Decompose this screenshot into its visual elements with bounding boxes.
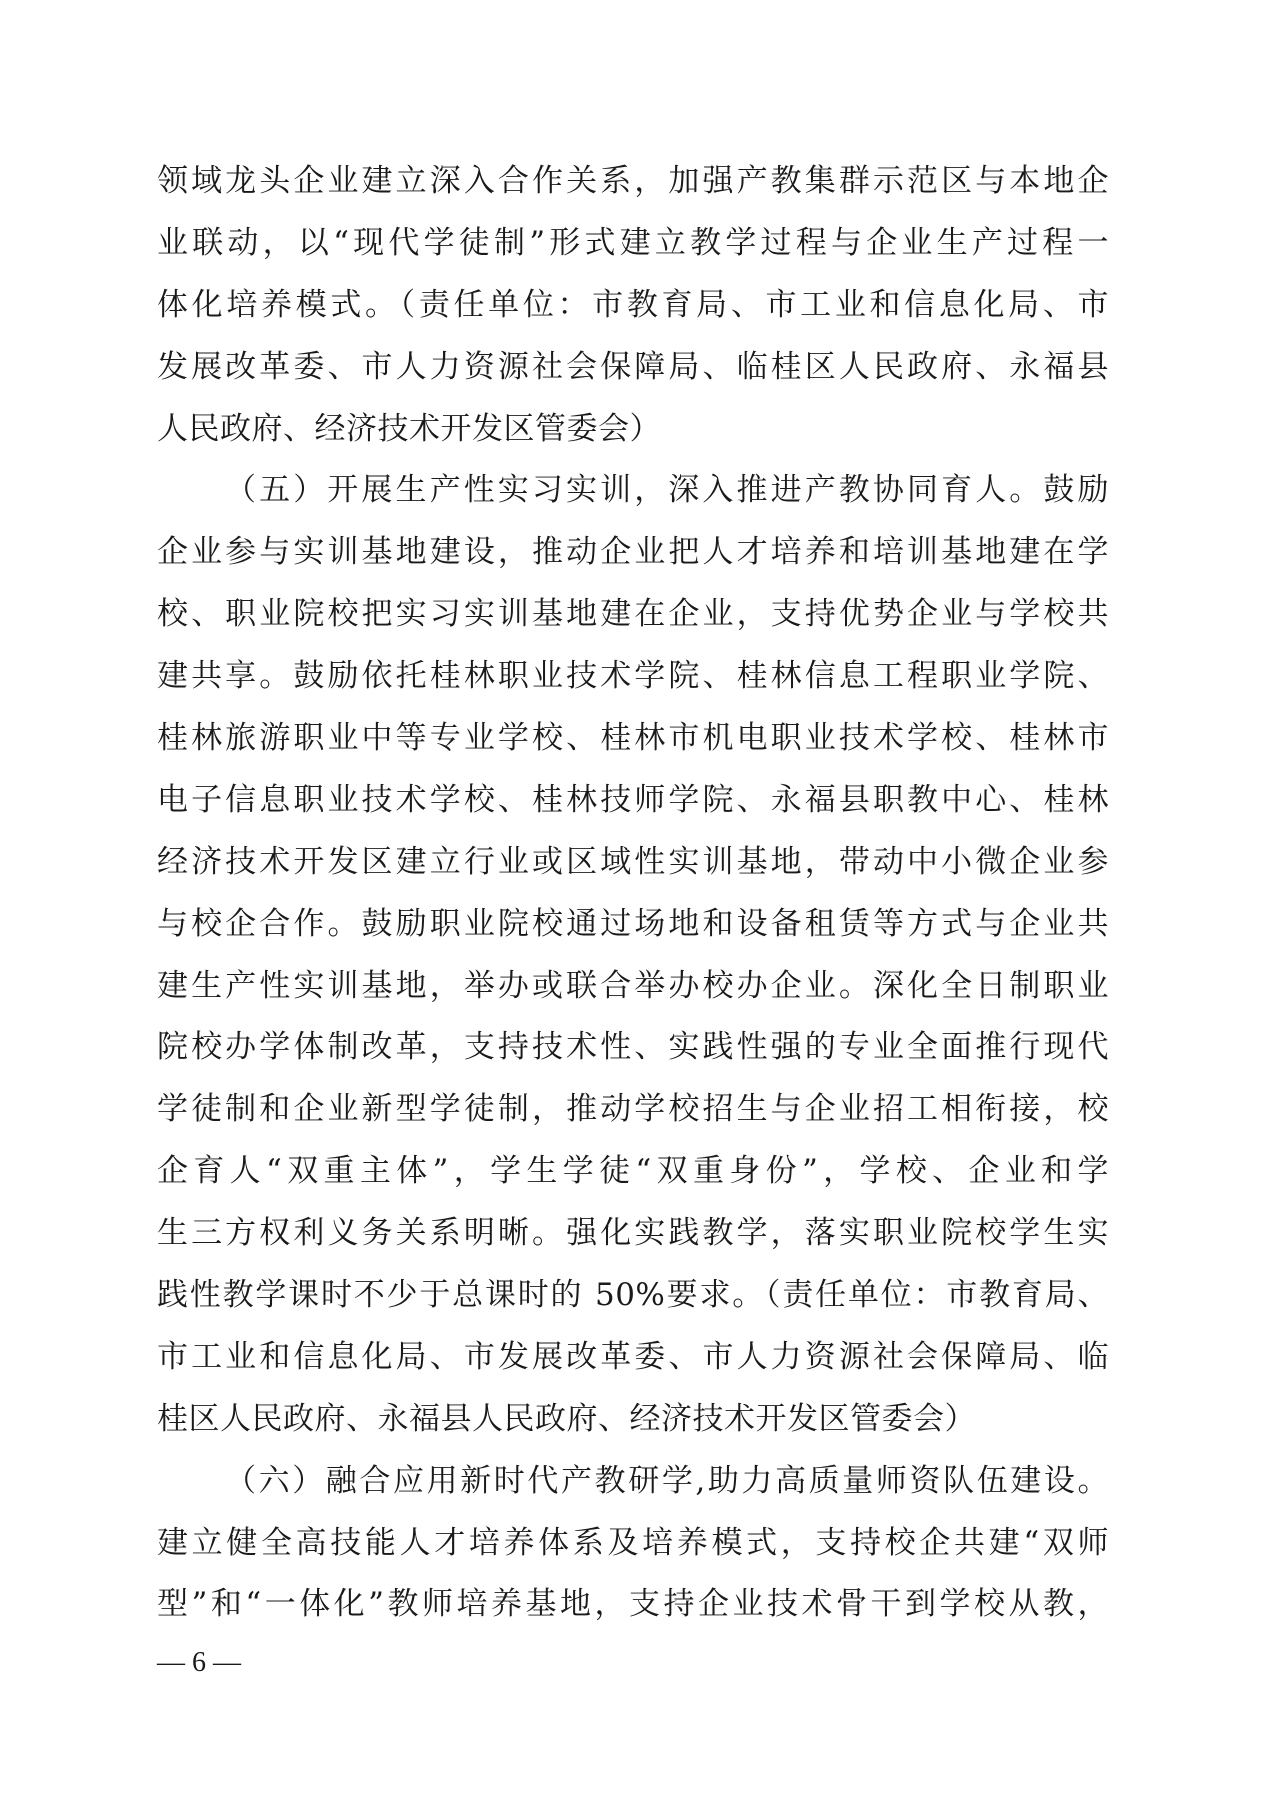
line-text: 建立健全高技能人才培养体系及培养模式，支持校企共建“双师 [157, 1513, 1109, 1575]
text-line: 学徒制和企业新型学徒制，推动学校招生与企业招工相衔接，校 [157, 1079, 1117, 1141]
line-text: 生三方权利义务关系明晰。强化实践教学，落实职业院校学生实 [157, 1203, 1109, 1265]
section-6-heading: （六）融合应用新时代产教研学,助力高质量师资队伍建设。 [225, 1451, 1109, 1513]
text-line: 业联动，以“现代学徒制”形式建立教学过程与企业生产过程一 [157, 213, 1117, 275]
text-line: 校、职业院校把实习实训基地建在企业，支持优势企业与学校共 [157, 584, 1117, 646]
line-text: 校、职业院校把实习实训基地建在企业，支持优势企业与学校共 [157, 584, 1109, 646]
document-page: 领域龙头企业建立深入合作关系，加强产教集群示范区与本地企 业联动，以“现代学徒制… [0, 0, 1269, 1795]
line-text: 建共享。鼓励依托桂林职业技术学院、桂林信息工程职业学院、 [157, 646, 1109, 708]
line-text: 学徒制和企业新型学徒制，推动学校招生与企业招工相衔接，校 [157, 1079, 1109, 1141]
section-heading-line: （五）开展生产性实习实训，深入推进产教协同育人。鼓励 [157, 460, 1117, 522]
text-line: 与校企合作。鼓励职业院校通过场地和设备租赁等方式与企业共 [157, 894, 1117, 956]
text-line: 电子信息职业技术学校、桂林技师学院、永福县职教中心、桂林 [157, 770, 1117, 832]
line-text: 与校企合作。鼓励职业院校通过场地和设备租赁等方式与企业共 [157, 894, 1109, 956]
line-text: 体化培养模式。（责任单位：市教育局、市工业和信息化局、市 [157, 275, 1109, 337]
line-text: 业联动，以“现代学徒制”形式建立教学过程与企业生产过程一 [157, 213, 1109, 275]
text-line: 生三方权利义务关系明晰。强化实践教学，落实职业院校学生实 [157, 1203, 1117, 1265]
section-5-heading: （五）开展生产性实习实训，深入推进产教协同育人。鼓励 [225, 460, 1109, 522]
text-line: 建立健全高技能人才培养体系及培养模式，支持校企共建“双师 [157, 1513, 1117, 1575]
line-text: 践性教学课时不少于总课时的 50%要求。（责任单位：市教育局、 [157, 1265, 1109, 1327]
text-line: 企育人“双重主体”，学生学徒“双重身份”，学校、企业和学 [157, 1141, 1117, 1203]
section-heading-line: （六）融合应用新时代产教研学,助力高质量师资队伍建设。 [157, 1451, 1117, 1513]
line-text: 院校办学体制改革，支持技术性、实践性强的专业全面推行现代 [157, 1017, 1109, 1079]
line-text: 企育人“双重主体”，学生学徒“双重身份”，学校、企业和学 [157, 1141, 1109, 1203]
line-text: 领域龙头企业建立深入合作关系，加强产教集群示范区与本地企 [157, 151, 1109, 213]
line-text: 电子信息职业技术学校、桂林技师学院、永福县职教中心、桂林 [157, 770, 1109, 832]
text-line: 市工业和信息化局、市发展改革委、市人力资源社会保障局、临 [157, 1327, 1117, 1389]
text-line: 桂林旅游职业中等专业学校、桂林市机电职业技术学校、桂林市 [157, 708, 1117, 770]
text-line: 建共享。鼓励依托桂林职业技术学院、桂林信息工程职业学院、 [157, 646, 1117, 708]
text-line: 企业参与实训基地建设，推动企业把人才培养和培训基地建在学 [157, 522, 1117, 584]
line-text: 发展改革委、市人力资源社会保障局、临桂区人民政府、永福县 [157, 337, 1109, 399]
text-line: 桂区人民政府、永福县人民政府、经济技术开发区管委会） [157, 1389, 1117, 1451]
text-line: 人民政府、经济技术开发区管委会） [157, 399, 1117, 461]
text-line: 践性教学课时不少于总课时的 50%要求。（责任单位：市教育局、 [157, 1265, 1117, 1327]
line-text: 型”和“一体化”教师培养基地，支持企业技术骨干到学校从教， [157, 1574, 1109, 1636]
line-text: 桂林旅游职业中等专业学校、桂林市机电职业技术学校、桂林市 [157, 708, 1109, 770]
text-line: 经济技术开发区建立行业或区域性实训基地，带动中小微企业参 [157, 832, 1117, 894]
text-line: 体化培养模式。（责任单位：市教育局、市工业和信息化局、市 [157, 275, 1117, 337]
line-text: 市工业和信息化局、市发展改革委、市人力资源社会保障局、临 [157, 1327, 1109, 1389]
line-text: 建生产性实训基地，举办或联合举办校办企业。深化全日制职业 [157, 956, 1109, 1018]
line-text: 企业参与实训基地建设，推动企业把人才培养和培训基地建在学 [157, 522, 1109, 584]
text-line: 建生产性实训基地，举办或联合举办校办企业。深化全日制职业 [157, 956, 1117, 1018]
document-body: 领域龙头企业建立深入合作关系，加强产教集群示范区与本地企 业联动，以“现代学徒制… [157, 151, 1117, 1636]
text-line: 院校办学体制改革，支持技术性、实践性强的专业全面推行现代 [157, 1017, 1117, 1079]
line-text: 经济技术开发区建立行业或区域性实训基地，带动中小微企业参 [157, 832, 1109, 894]
line-text: 桂区人民政府、永福县人民政府、经济技术开发区管委会） [157, 1389, 976, 1451]
text-line: 发展改革委、市人力资源社会保障局、临桂区人民政府、永福县 [157, 337, 1117, 399]
text-line: 型”和“一体化”教师培养基地，支持企业技术骨干到学校从教， [157, 1574, 1117, 1636]
page-number: — 6 — [157, 1643, 241, 1683]
text-line: 领域龙头企业建立深入合作关系，加强产教集群示范区与本地企 [157, 151, 1117, 213]
line-text: 人民政府、经济技术开发区管委会） [157, 399, 661, 461]
